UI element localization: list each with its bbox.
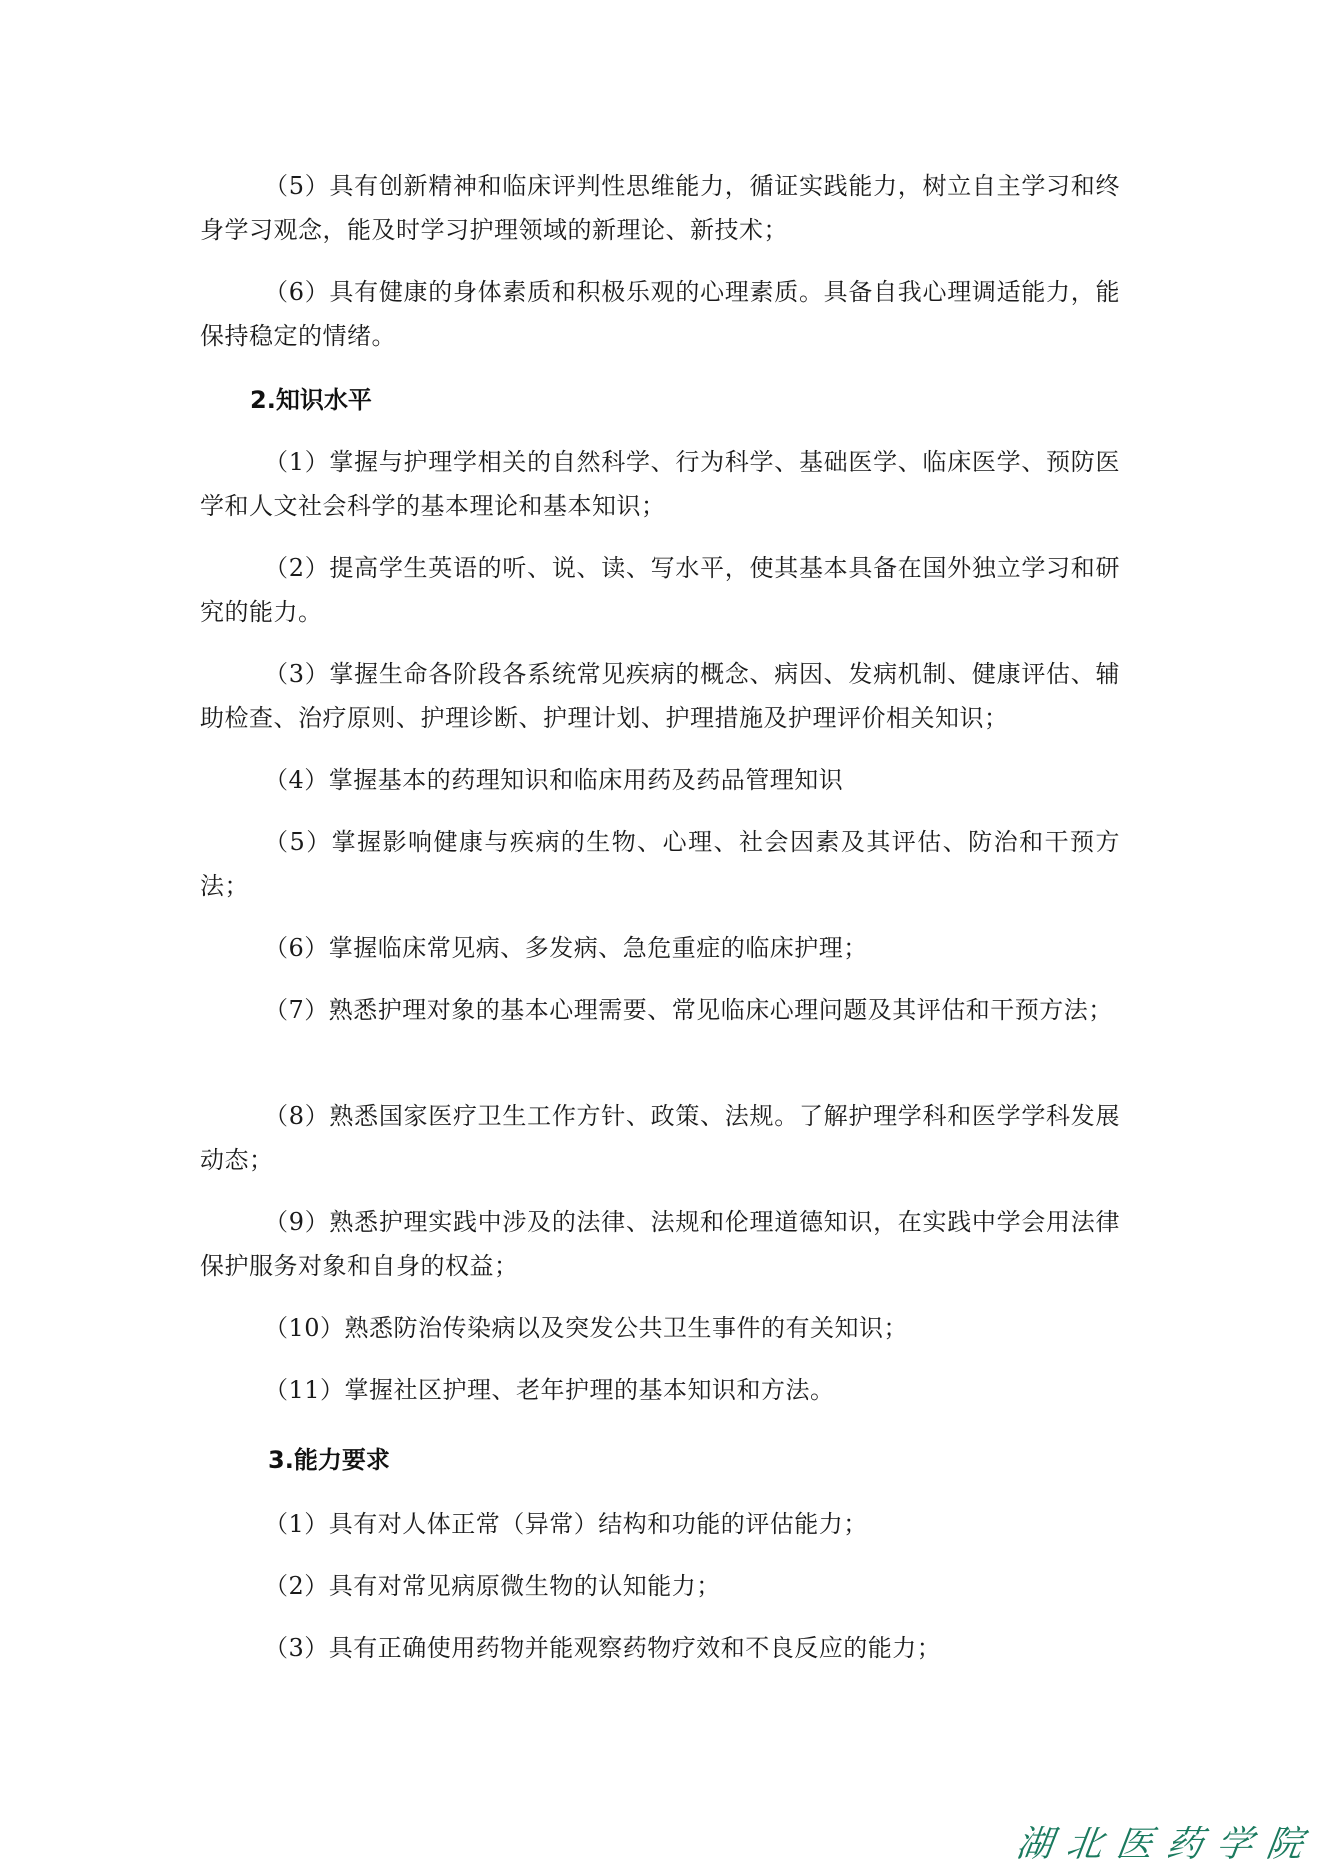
paragraph-knowledge-10: （10）熟悉防治传染病以及突发公共卫生事件的有关知识；	[200, 1306, 1120, 1350]
paragraph-knowledge-11: （11）掌握社区护理、老年护理的基本知识和方法。	[200, 1368, 1120, 1412]
paragraph-attitude-6: （6）具有健康的身体素质和积极乐观的心理素质。具备自我心理调适能力，能保持稳定的…	[200, 270, 1120, 358]
paragraph-knowledge-6: （6）掌握临床常见病、多发病、急危重症的临床护理；	[200, 926, 1120, 970]
paragraph-attitude-5: （5）具有创新精神和临床评判性思维能力，循证实践能力，树立自主学习和终身学习观念…	[200, 164, 1120, 252]
paragraph-knowledge-7: （7）熟悉护理对象的基本心理需要、常见临床心理问题及其评估和干预方法；	[200, 988, 1120, 1032]
paragraph-knowledge-8: （8）熟悉国家医疗卫生工作方针、政策、法规。了解护理学科和医学学科发展动态；	[200, 1094, 1120, 1182]
section-heading-knowledge: 2.知识水平	[250, 382, 372, 418]
section-heading-ability: 3.能力要求	[268, 1442, 390, 1478]
paragraph-ability-2: （2）具有对常见病原微生物的认知能力；	[264, 1564, 1124, 1608]
paragraph-knowledge-1: （1）掌握与护理学相关的自然科学、行为科学、基础医学、临床医学、预防医学和人文社…	[200, 440, 1120, 528]
paragraph-knowledge-4: （4）掌握基本的药理知识和临床用药及药品管理知识	[200, 758, 1120, 802]
paragraph-ability-3: （3）具有正确使用药物并能观察药物疗效和不良反应的能力；	[264, 1626, 1124, 1670]
university-watermark-logo: 湖北医药学院	[1013, 1816, 1320, 1867]
paragraph-knowledge-5: （5）掌握影响健康与疾病的生物、心理、社会因素及其评估、防治和干预方法；	[200, 820, 1120, 908]
paragraph-knowledge-3: （3）掌握生命各阶段各系统常见疾病的概念、病因、发病机制、健康评估、辅助检查、治…	[200, 652, 1120, 740]
document-page: （5）具有创新精神和临床评判性思维能力，循证实践能力，树立自主学习和终身学习观念…	[0, 0, 1323, 1871]
paragraph-knowledge-2: （2）提高学生英语的听、说、读、写水平，使其基本具备在国外独立学习和研究的能力。	[200, 546, 1120, 634]
paragraph-ability-1: （1）具有对人体正常（异常）结构和功能的评估能力；	[264, 1502, 1124, 1546]
paragraph-knowledge-9: （9）熟悉护理实践中涉及的法律、法规和伦理道德知识，在实践中学会用法律保护服务对…	[200, 1200, 1120, 1288]
